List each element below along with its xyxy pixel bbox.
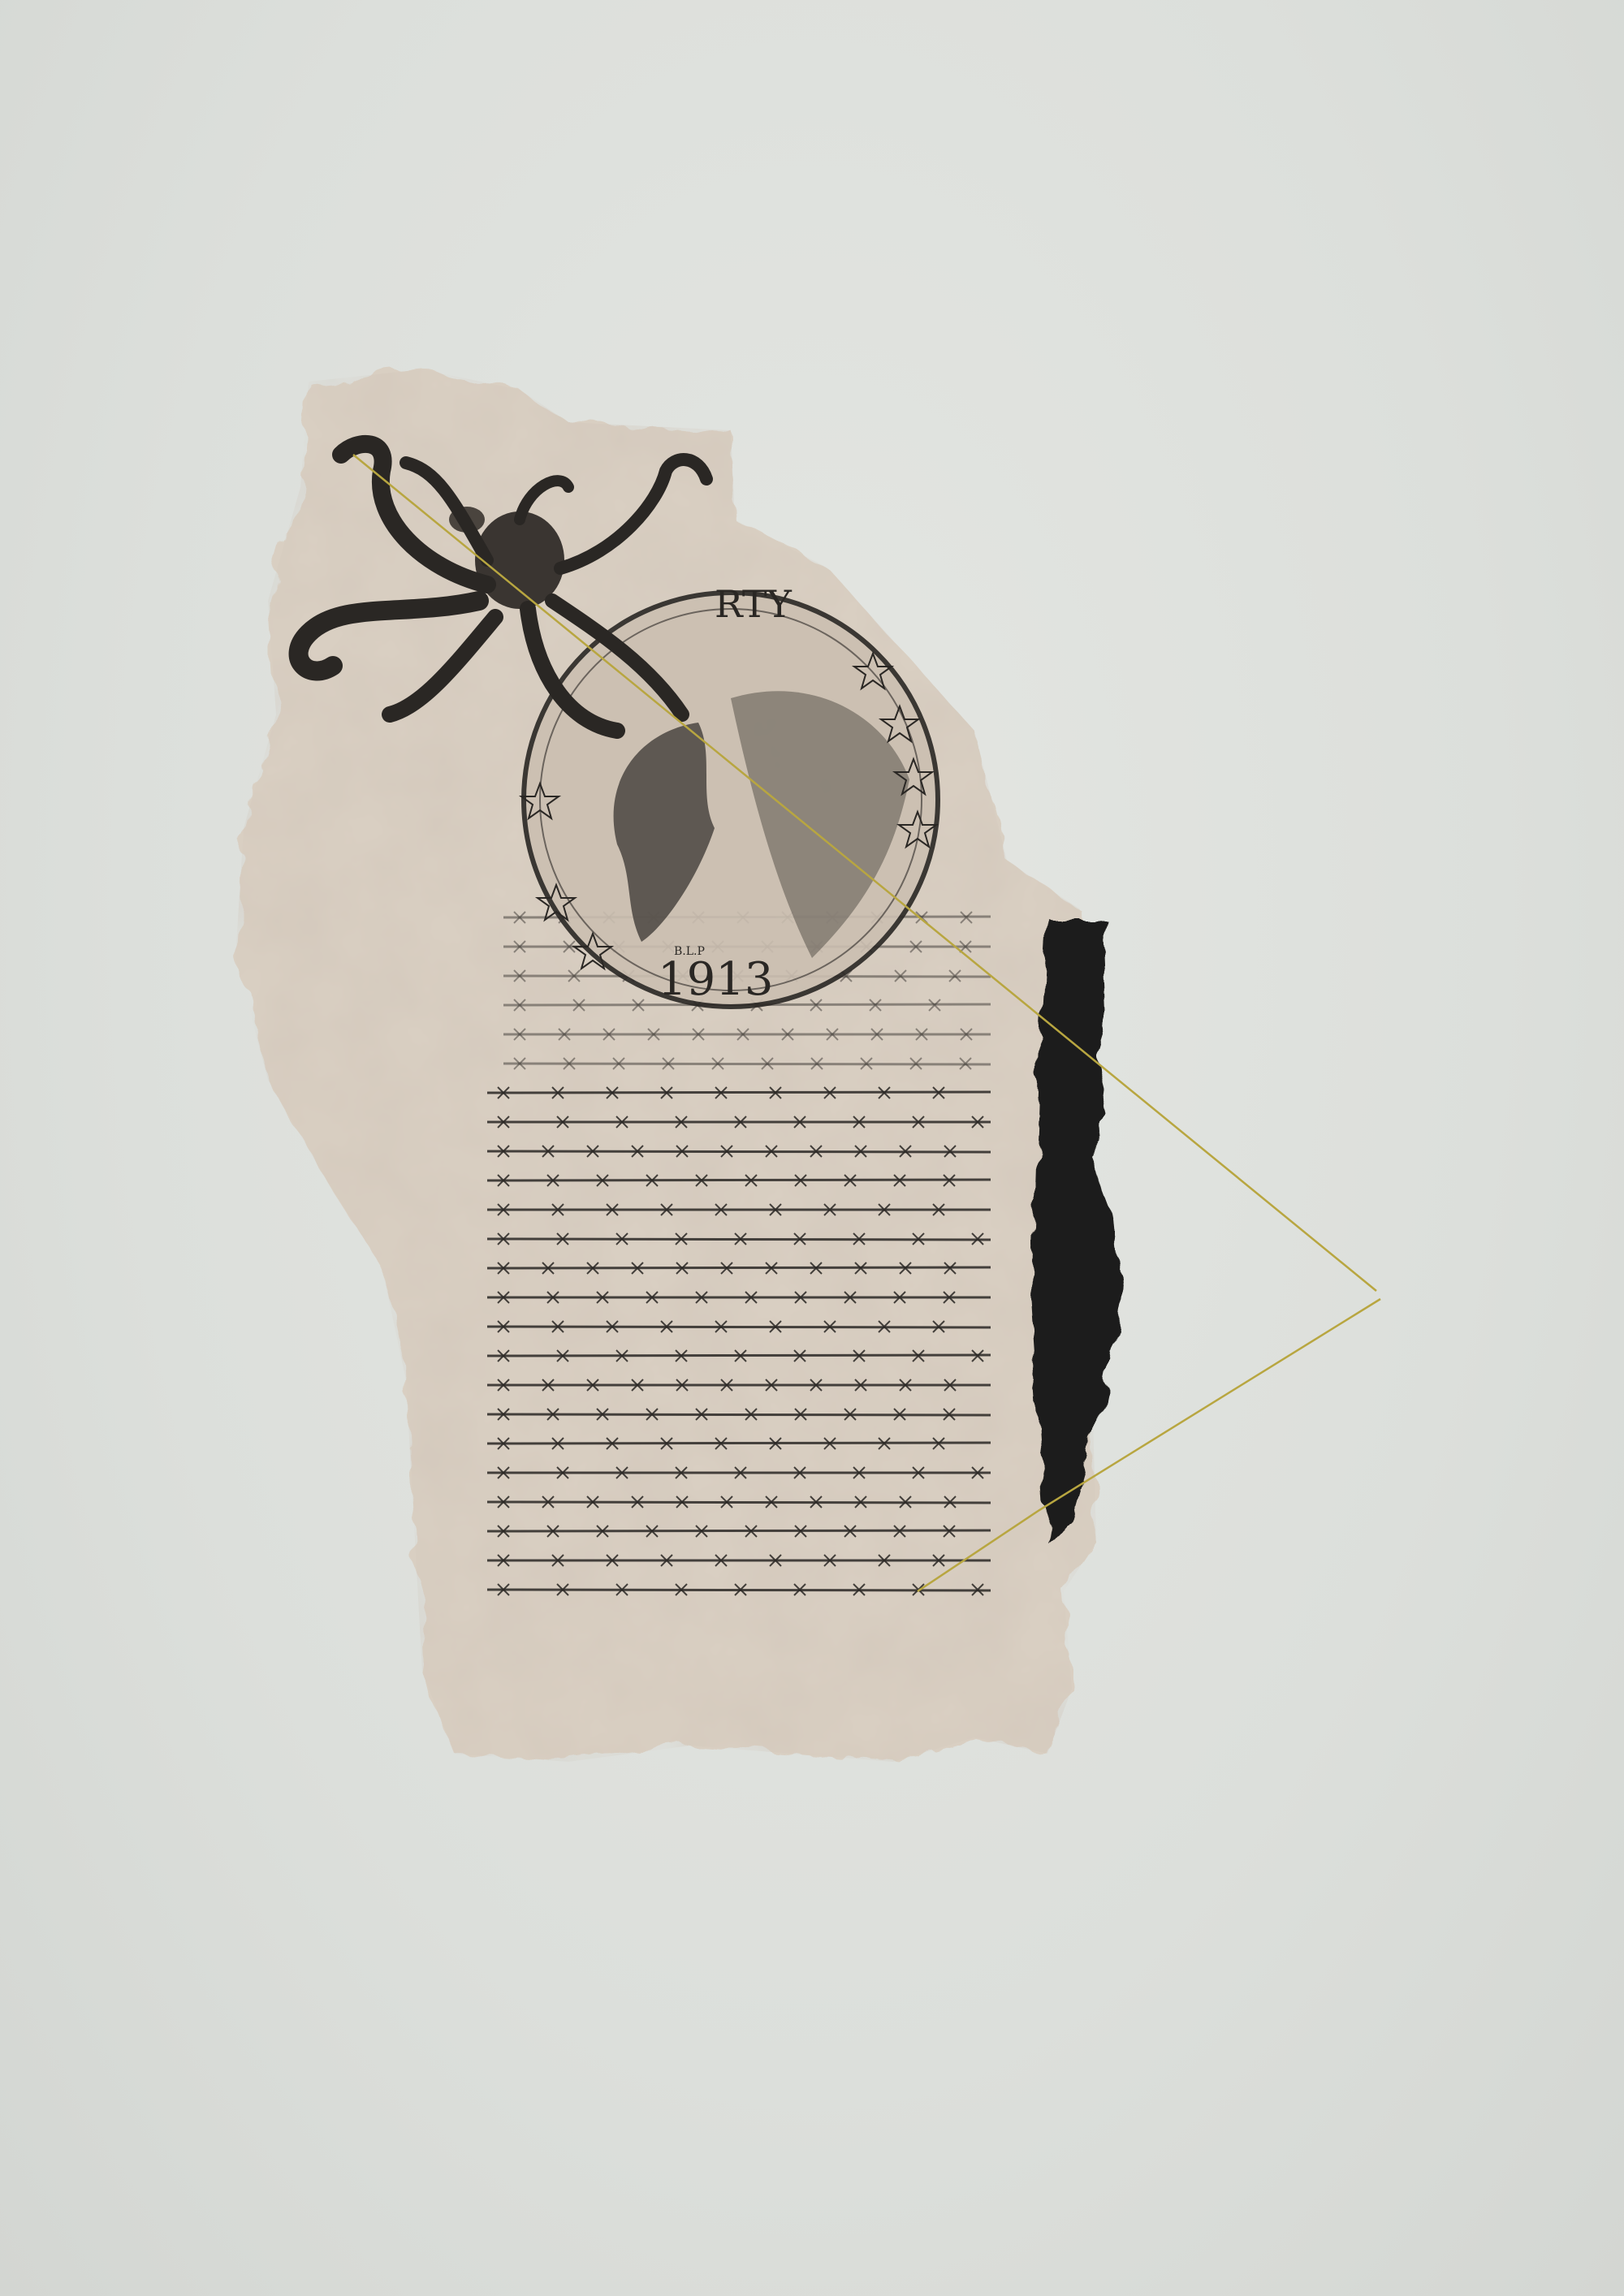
coin-legend-text: RTY <box>715 582 793 626</box>
artwork-canvas: RTY 1913 B.L.P <box>0 0 1624 2296</box>
collage-artwork: RTY 1913 B.L.P <box>0 0 1624 2296</box>
coin-year-text: 1913 <box>658 953 774 1006</box>
coin-initials-text: B.L.P <box>674 945 705 958</box>
black-torn-strip <box>1031 917 1121 1543</box>
torn-paper <box>203 349 1137 1794</box>
